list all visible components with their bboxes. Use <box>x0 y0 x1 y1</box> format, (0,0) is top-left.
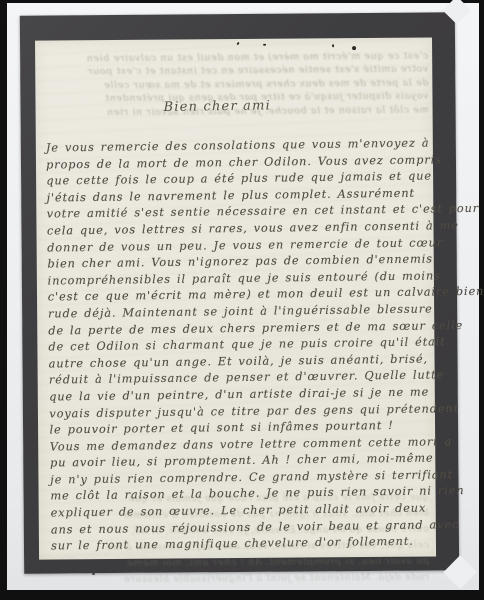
letter-photograph: c'est ce que m'écrit ma mère) et mon deu… <box>0 0 484 600</box>
mat-corner-damage-bottomright <box>443 555 477 589</box>
dust-speck <box>92 573 95 575</box>
letter-salutation: Bien cher ami <box>163 98 271 115</box>
ink-speck <box>236 42 239 46</box>
mat-corner-damage-topright <box>443 0 471 24</box>
letter-paper: c'est ce que m'écrit ma mère) et mon deu… <box>35 37 436 559</box>
white-mount: c'est ce que m'écrit ma mère) et mon deu… <box>7 3 479 590</box>
ink-speck <box>352 46 356 50</box>
ink-speck <box>332 44 334 47</box>
bleedthrough-line: rude déjà. Maintenant se joint à l'ingué… <box>49 570 429 589</box>
letter-body: Je vous remercie des consolations que vo… <box>46 135 438 555</box>
dark-mat: c'est ce que m'écrit ma mère) et mon deu… <box>20 12 459 573</box>
ink-speck <box>263 44 266 46</box>
